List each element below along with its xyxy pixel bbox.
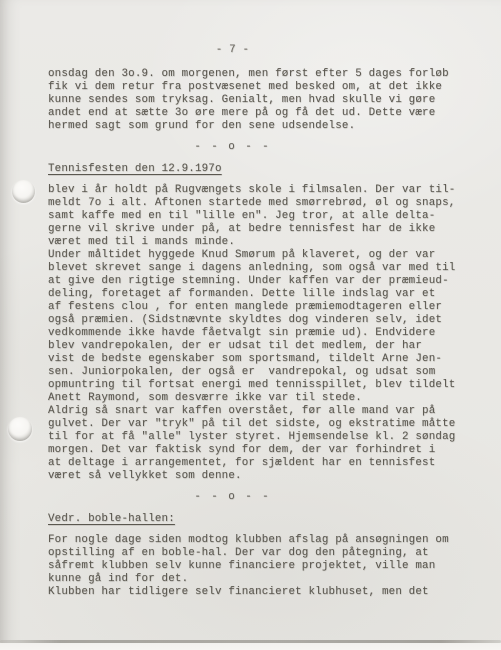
intro-paragraph: onsdag den 3o.9. om morgenen, men først … [48, 68, 445, 133]
text-line: morgen. Det var faktisk synd for dem, de… [48, 444, 445, 457]
text-line: såfremt klubben selv kunne financiere pr… [48, 560, 445, 573]
text-line: kunne sendes som tryksag. Genialt, men h… [48, 94, 445, 107]
text-line: For nogle dage siden modtog klubben afsl… [48, 534, 445, 547]
text-line: gulvet. Der var "tryk" på til det sidste… [48, 418, 445, 431]
text-line: opmuntring til fortsat energi med tennis… [48, 379, 445, 392]
text-line: Klubben har tidligere selv financieret k… [48, 586, 445, 599]
boble-heading: Vedr. boble-hallen: [48, 513, 445, 526]
text-line: været så vellykket som denne. [48, 470, 445, 483]
text-line: opstilling af en boble-hal. Der var dog … [48, 547, 445, 560]
text-line: blev vandrepokalen, der er udsat til det… [48, 340, 445, 353]
text-line: meldt 7o i alt. Aftonen startede med smø… [48, 197, 445, 210]
boble-paragraph: For nogle dage siden modtog klubben afsl… [48, 534, 445, 599]
text-line: samt kaffe med en til "lille en". Jeg tr… [48, 210, 445, 223]
text-line: deling, foretaget af formanden. Dette li… [48, 288, 445, 301]
text-line: Anett Raymond, som desværre ikke var til… [48, 392, 445, 405]
document-body: onsdag den 3o.9. om morgenen, men først … [48, 68, 445, 599]
text-line: hermed sagt som grund for den sene udsen… [48, 120, 445, 133]
text-line: blev i år holdt på Rugvængets skole i fi… [48, 184, 445, 197]
text-line: blevet skrevet sange i dagens anledning,… [48, 262, 445, 275]
text-line: været med til i mands minde. [48, 236, 445, 249]
section-divider-2: - - o - - [34, 491, 431, 504]
text-line: af festens clou , for enten manglede præ… [48, 301, 445, 314]
tennis-paragraph: blev i år holdt på Rugvængets skole i fi… [48, 184, 445, 483]
text-line: Aldrig så snart var kaffen overstået, fø… [48, 405, 445, 418]
scanned-page: - 7 - onsdag den 3o.9. om morgenen, men … [0, 0, 501, 650]
text-line: vedkommende ikke havde fåetvalgt sin præ… [48, 327, 445, 340]
text-line: til for at få "alle" lyster styret. Hjem… [48, 431, 445, 444]
text-line: at deltage i arrangementet, for sjældent… [48, 457, 445, 470]
text-line: sen. Juniorpokalen, der også er vandrepo… [48, 366, 445, 379]
section-divider-1: - - o - - [34, 141, 431, 154]
page-number: - 7 - [34, 44, 431, 57]
text-line: gerne vil skrive under på, at bedre tenn… [48, 223, 445, 236]
text-line: også præmien. (Sidstnævnte skyldtes dog … [48, 314, 445, 327]
text-column: - 7 - onsdag den 3o.9. om morgenen, men … [0, 0, 501, 599]
text-line: fik vi dem retur fra postvæsenet med bes… [48, 81, 445, 94]
tennis-heading: Tennisfesten den 12.9.197o [48, 163, 445, 176]
text-line: andet end at sætte 3o øre mere på og få … [48, 107, 445, 120]
text-line: kunne gå ind for det. [48, 573, 445, 586]
text-line: at give den rigtige stemning. Under kaff… [48, 275, 445, 288]
text-line: vist de bedste egenskaber som sportsmand… [48, 353, 445, 366]
scanner-background-strip [0, 643, 501, 650]
text-line: Under måltidet hyggede Knud Smørum på kl… [48, 249, 445, 262]
text-line: onsdag den 3o.9. om morgenen, men først … [48, 68, 445, 81]
